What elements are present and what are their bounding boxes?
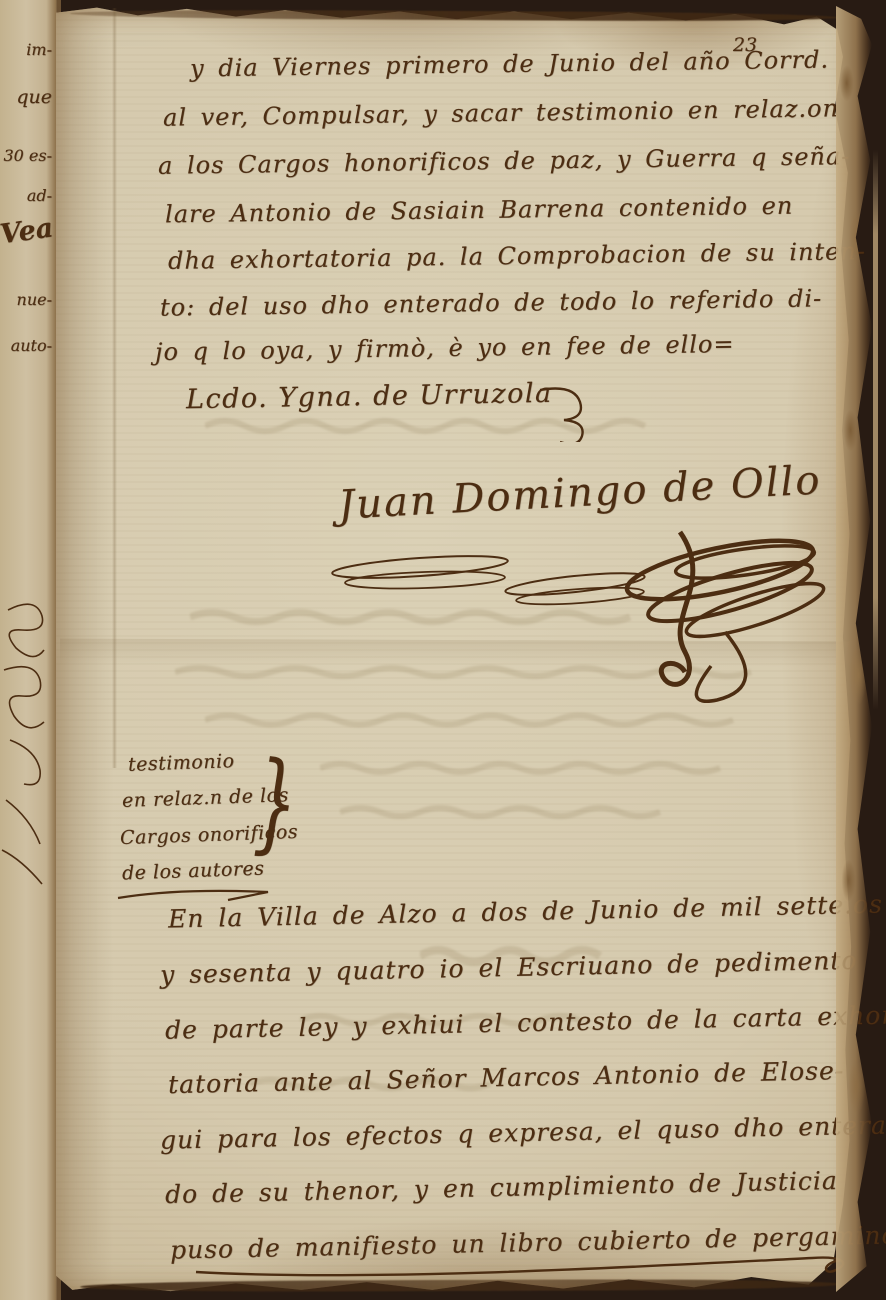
gutter-fragment: 30 es- [0,146,52,165]
gutter-fragment: nue- [0,290,52,309]
gutter-fragment-flourished: Vea [0,213,54,251]
bleedthrough-line [320,756,760,780]
margin-brace-icon: } [252,736,299,868]
attestation-rubric-flourish [530,382,600,442]
bleedthrough-line [340,800,720,824]
closing-underline-flourish [192,1246,862,1290]
bleedthrough-line [205,412,685,436]
notary-attestation-name: Lcdo. Ygna. de Urruzola [186,378,553,415]
margin-note-line: testimonio [128,750,235,776]
signature-rubric-flourish [325,522,870,712]
manuscript-scan: im- que 30 es- ad- Vea nue- auto- 23 y d… [0,0,886,1300]
underpage-sliver [873,150,878,710]
margin-underline-flourish [116,884,286,904]
gutter-fragment: im- [0,40,52,59]
gutter-fragment: auto- [0,336,52,355]
gutter-facing-page: im- que 30 es- ad- Vea nue- auto- [0,0,58,1300]
gutter-fragment: ad- [0,186,52,205]
gutter-swirl-flourish [0,600,56,900]
gutter-fragment: que [0,86,52,108]
